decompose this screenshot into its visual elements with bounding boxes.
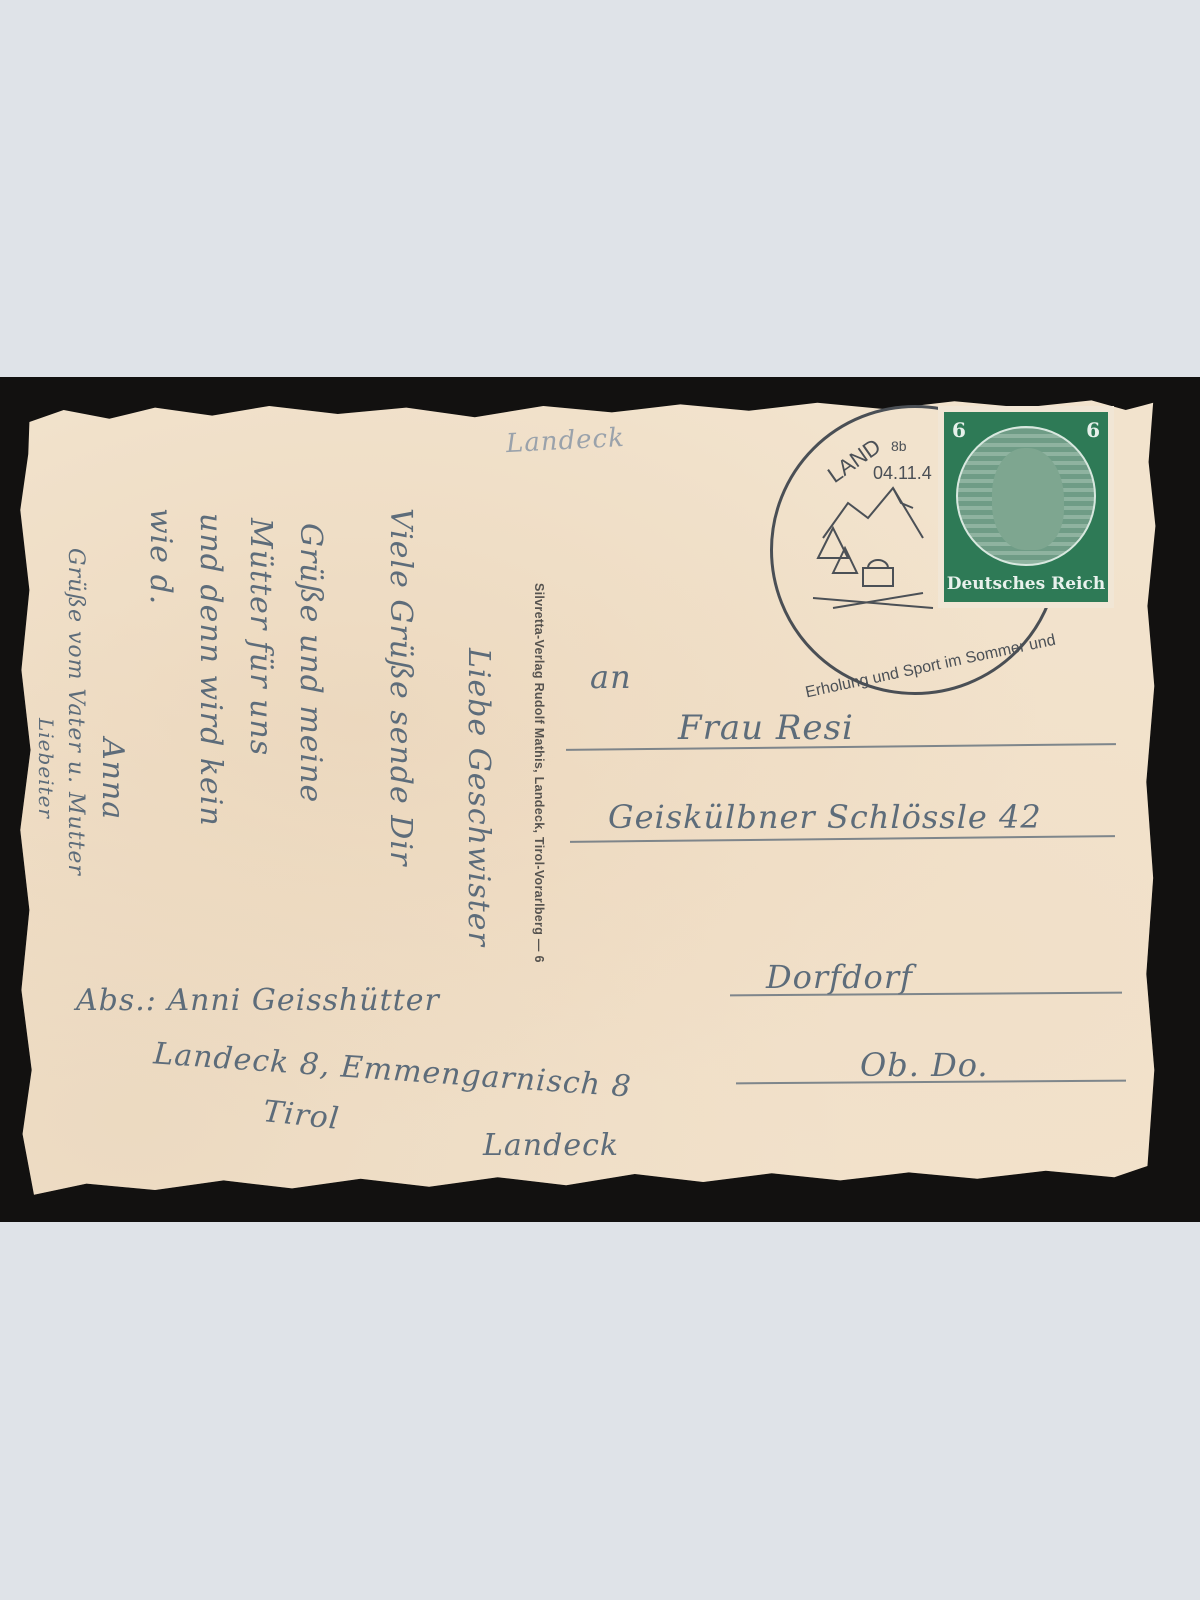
address-rule [570, 835, 1115, 843]
message-line: Liebeiter [34, 718, 58, 819]
stamp-value-right: 6 [1086, 418, 1100, 442]
address-line: Dorfdorf [766, 958, 913, 996]
address-line: Ob. Do. [860, 1046, 989, 1084]
message-signature: Anna [95, 738, 130, 820]
portrait-medallion [956, 426, 1096, 566]
address-salutation: an [590, 658, 632, 696]
message-line: Grüße und meine [293, 523, 328, 803]
message-line: und denn wird kein [193, 513, 228, 827]
portrait-head-icon [992, 448, 1064, 550]
sender-line: Landeck [483, 1128, 619, 1163]
message-line: wie d. [143, 508, 178, 605]
sender-line: Landeck 8, Emmengarnisch 8 [152, 1036, 632, 1104]
message-line: Mütter für uns [243, 518, 278, 756]
sender-line: Tirol [261, 1094, 341, 1137]
message-line: Grüße vom Vater u. Mutter [63, 548, 88, 876]
message-line: Liebe Geschwister [461, 648, 496, 947]
sender-line: Abs.: Anni Geisshütter [76, 983, 440, 1018]
publisher-imprint: Silvretta-Verlag Rudolf Mathis, Landeck,… [532, 583, 546, 963]
message-line: Viele Grüße sende Dir [383, 508, 418, 866]
postage-stamp: 6 6 Deutsches Reich [938, 406, 1114, 608]
postmark-line2: 8b [891, 438, 907, 454]
postmark-date: 04.11.4 [873, 463, 932, 484]
address-line: Frau Resi [678, 708, 854, 748]
pencil-note: Landeck [505, 423, 625, 459]
address-line: Geiskülbner Schlössle 42 [608, 798, 1042, 836]
stamp-value-left: 6 [952, 418, 966, 442]
stamp-country: Deutsches Reich [944, 574, 1108, 594]
